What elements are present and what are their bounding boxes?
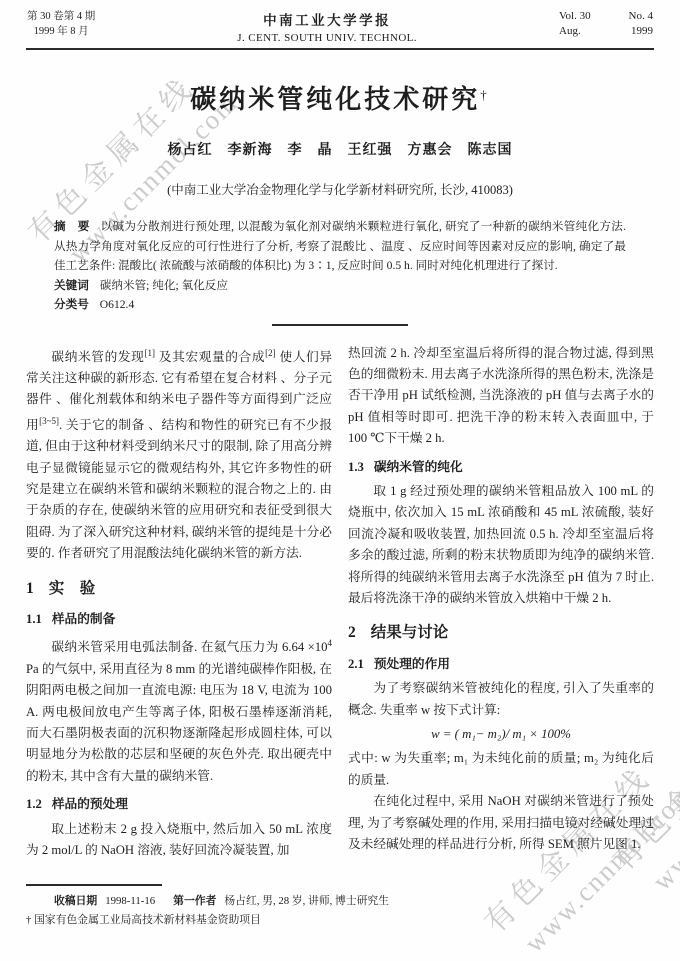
abstract-block: 摘 要以碱为分散剂进行预处理, 以混酸为氧化剂对碳纳米颗粒进行氧化, 研究了一种… — [54, 217, 626, 315]
section-1-1-paragraph: 碳纳米管采用电弧法制备. 在氦气压力为 6.64 ×104 Pa 的气氛中, 采… — [26, 633, 332, 787]
section-1-2-continuation: 热回流 2 h. 冷却至室温后将所得的混合物过滤, 得到黑色的细微粉末. 用去离… — [348, 343, 654, 450]
received-date-value: 1998-11-16 — [105, 895, 155, 907]
ref-2: [2] — [265, 348, 276, 358]
ref-1: [1] — [144, 348, 155, 358]
issue-info: 第 30 卷第 4 期 1999 年 8 月 — [27, 9, 95, 39]
paper-title: 碳纳米管纯化技术研究† — [0, 79, 680, 116]
first-author-label: 第一作者 — [173, 895, 216, 907]
dagger-footnote-mark: † — [480, 87, 490, 102]
footnote-funding-line: † 国家有色金属工业局高技术新材料基金资助项目 — [26, 911, 466, 930]
left-column: 碳纳米管的发现[1] 及其宏观量的合成[2] 使人们异常关注这种碳的新形态. 它… — [26, 343, 332, 862]
footnote-rule — [26, 884, 162, 886]
abstract-label: 摘 要 — [54, 220, 90, 233]
classification-text: O612.4 — [100, 298, 134, 311]
section-2-1-paragraph-2: 式中: w 为失重率; m₁ 为未纯化前的质量; m₂ 为纯化后的质量. — [348, 748, 654, 791]
weight-loss-formula: w = ( m₁− m₂)/ m₁ × 100% — [348, 724, 654, 745]
abstract-text: 以碱为分散剂进行预处理, 以混酸为氧化剂对碳纳米颗粒进行氧化, 研究了一种新的碳… — [54, 220, 626, 272]
right-column: 热回流 2 h. 冷却至室温后将所得的混合物过滤, 得到黑色的细微粉末. 用去离… — [348, 343, 654, 862]
abstract-divider — [272, 324, 408, 326]
header-rule — [26, 48, 654, 50]
section-1-3-heading: 1.3碳纳米管的纯化 — [348, 457, 654, 478]
paper-title-text: 碳纳米管纯化技术研究 — [190, 85, 480, 114]
classification-label: 分类号 — [54, 298, 89, 311]
journal-page: 有色金属在线 www.cnnmol.com 有色金属在线 www.cnnmol.… — [0, 0, 680, 961]
classification-line: 分类号O612.4 — [54, 295, 626, 315]
issue-volume: 第 30 卷第 4 期 — [27, 9, 95, 24]
section-2-1-heading: 2.1预处理的作用 — [348, 654, 654, 675]
section-1-heading: 1实 验 — [26, 578, 332, 599]
number-en: No. 4 — [629, 9, 653, 24]
ref-3-5: [3~5] — [39, 416, 59, 426]
section-1-2-heading: 1.2样品的预处理 — [26, 794, 332, 815]
footnote-received-line: 收稿日期1998-11-16第一作者杨占红, 男, 28 岁, 讲师, 博士研究… — [26, 892, 466, 911]
keywords-line: 关键词碳纳米管; 纯化; 氧化反应 — [54, 276, 626, 296]
volume-info-en: Vol. 30 No. 4 Aug. 1999 — [559, 9, 653, 39]
month-en: Aug. — [559, 24, 581, 39]
body-columns: 碳纳米管的发现[1] 及其宏观量的合成[2] 使人们异常关注这种碳的新形态. 它… — [26, 343, 654, 862]
section-1-2-paragraph: 取上述粉末 2 g 投入烧瓶中, 然后加入 50 mL 浓度为 2 mol/L … — [26, 819, 332, 862]
year-en: 1999 — [631, 24, 653, 39]
affiliation-line: (中南工业大学冶金物理化学与化学新材料研究所, 长沙, 410083) — [0, 180, 680, 198]
issue-date: 1999 年 8 月 — [27, 24, 95, 39]
footnote-block: 收稿日期1998-11-16第一作者杨占红, 男, 28 岁, 讲师, 博士研究… — [26, 884, 466, 930]
journal-name-en: J. CENT. SOUTH UNIV. TECHNOL. — [237, 32, 417, 44]
journal-name-cn: 中南工业大学学报 — [237, 9, 417, 29]
intro-paragraph: 碳纳米管的发现[1] 及其宏观量的合成[2] 使人们异常关注这种碳的新形态. 它… — [26, 343, 332, 565]
section-1-3-paragraph: 取 1 g 经过预处理的碳纳米管粗品放入 100 mL 的烧瓶中, 依次加入 1… — [348, 481, 654, 609]
authors-line: 杨占红 李新海 李 晶 王红强 方惠会 陈志国 — [0, 139, 680, 159]
section-1-1-heading: 1.1样品的制备 — [26, 609, 332, 630]
journal-name: 中南工业大学学报 J. CENT. SOUTH UNIV. TECHNOL. — [237, 9, 417, 44]
exponent-4: 4 — [328, 638, 333, 648]
keywords-text: 碳纳米管; 纯化; 氧化反应 — [100, 279, 228, 292]
volume-en: Vol. 30 — [559, 9, 591, 24]
section-2-heading: 2结果与讨论 — [348, 622, 654, 643]
running-head: 第 30 卷第 4 期 1999 年 8 月 中南工业大学学报 J. CENT.… — [0, 0, 680, 44]
received-date-label: 收稿日期 — [54, 895, 97, 907]
section-2-1-paragraph-3: 在纯化过程中, 采用 NaOH 对碳纳米管进行了预处理, 为了考察碱处理的作用,… — [348, 791, 654, 855]
abstract-paragraph: 摘 要以碱为分散剂进行预处理, 以混酸为氧化剂对碳纳米颗粒进行氧化, 研究了一种… — [54, 217, 626, 276]
first-author-value: 杨占红, 男, 28 岁, 讲师, 博士研究生 — [224, 895, 389, 907]
section-2-1-paragraph-1: 为了考察碳纳米管被纯化的程度, 引入了失重率的概念. 失重率 w 按下式计算: — [348, 678, 654, 721]
keywords-label: 关键词 — [54, 279, 89, 292]
